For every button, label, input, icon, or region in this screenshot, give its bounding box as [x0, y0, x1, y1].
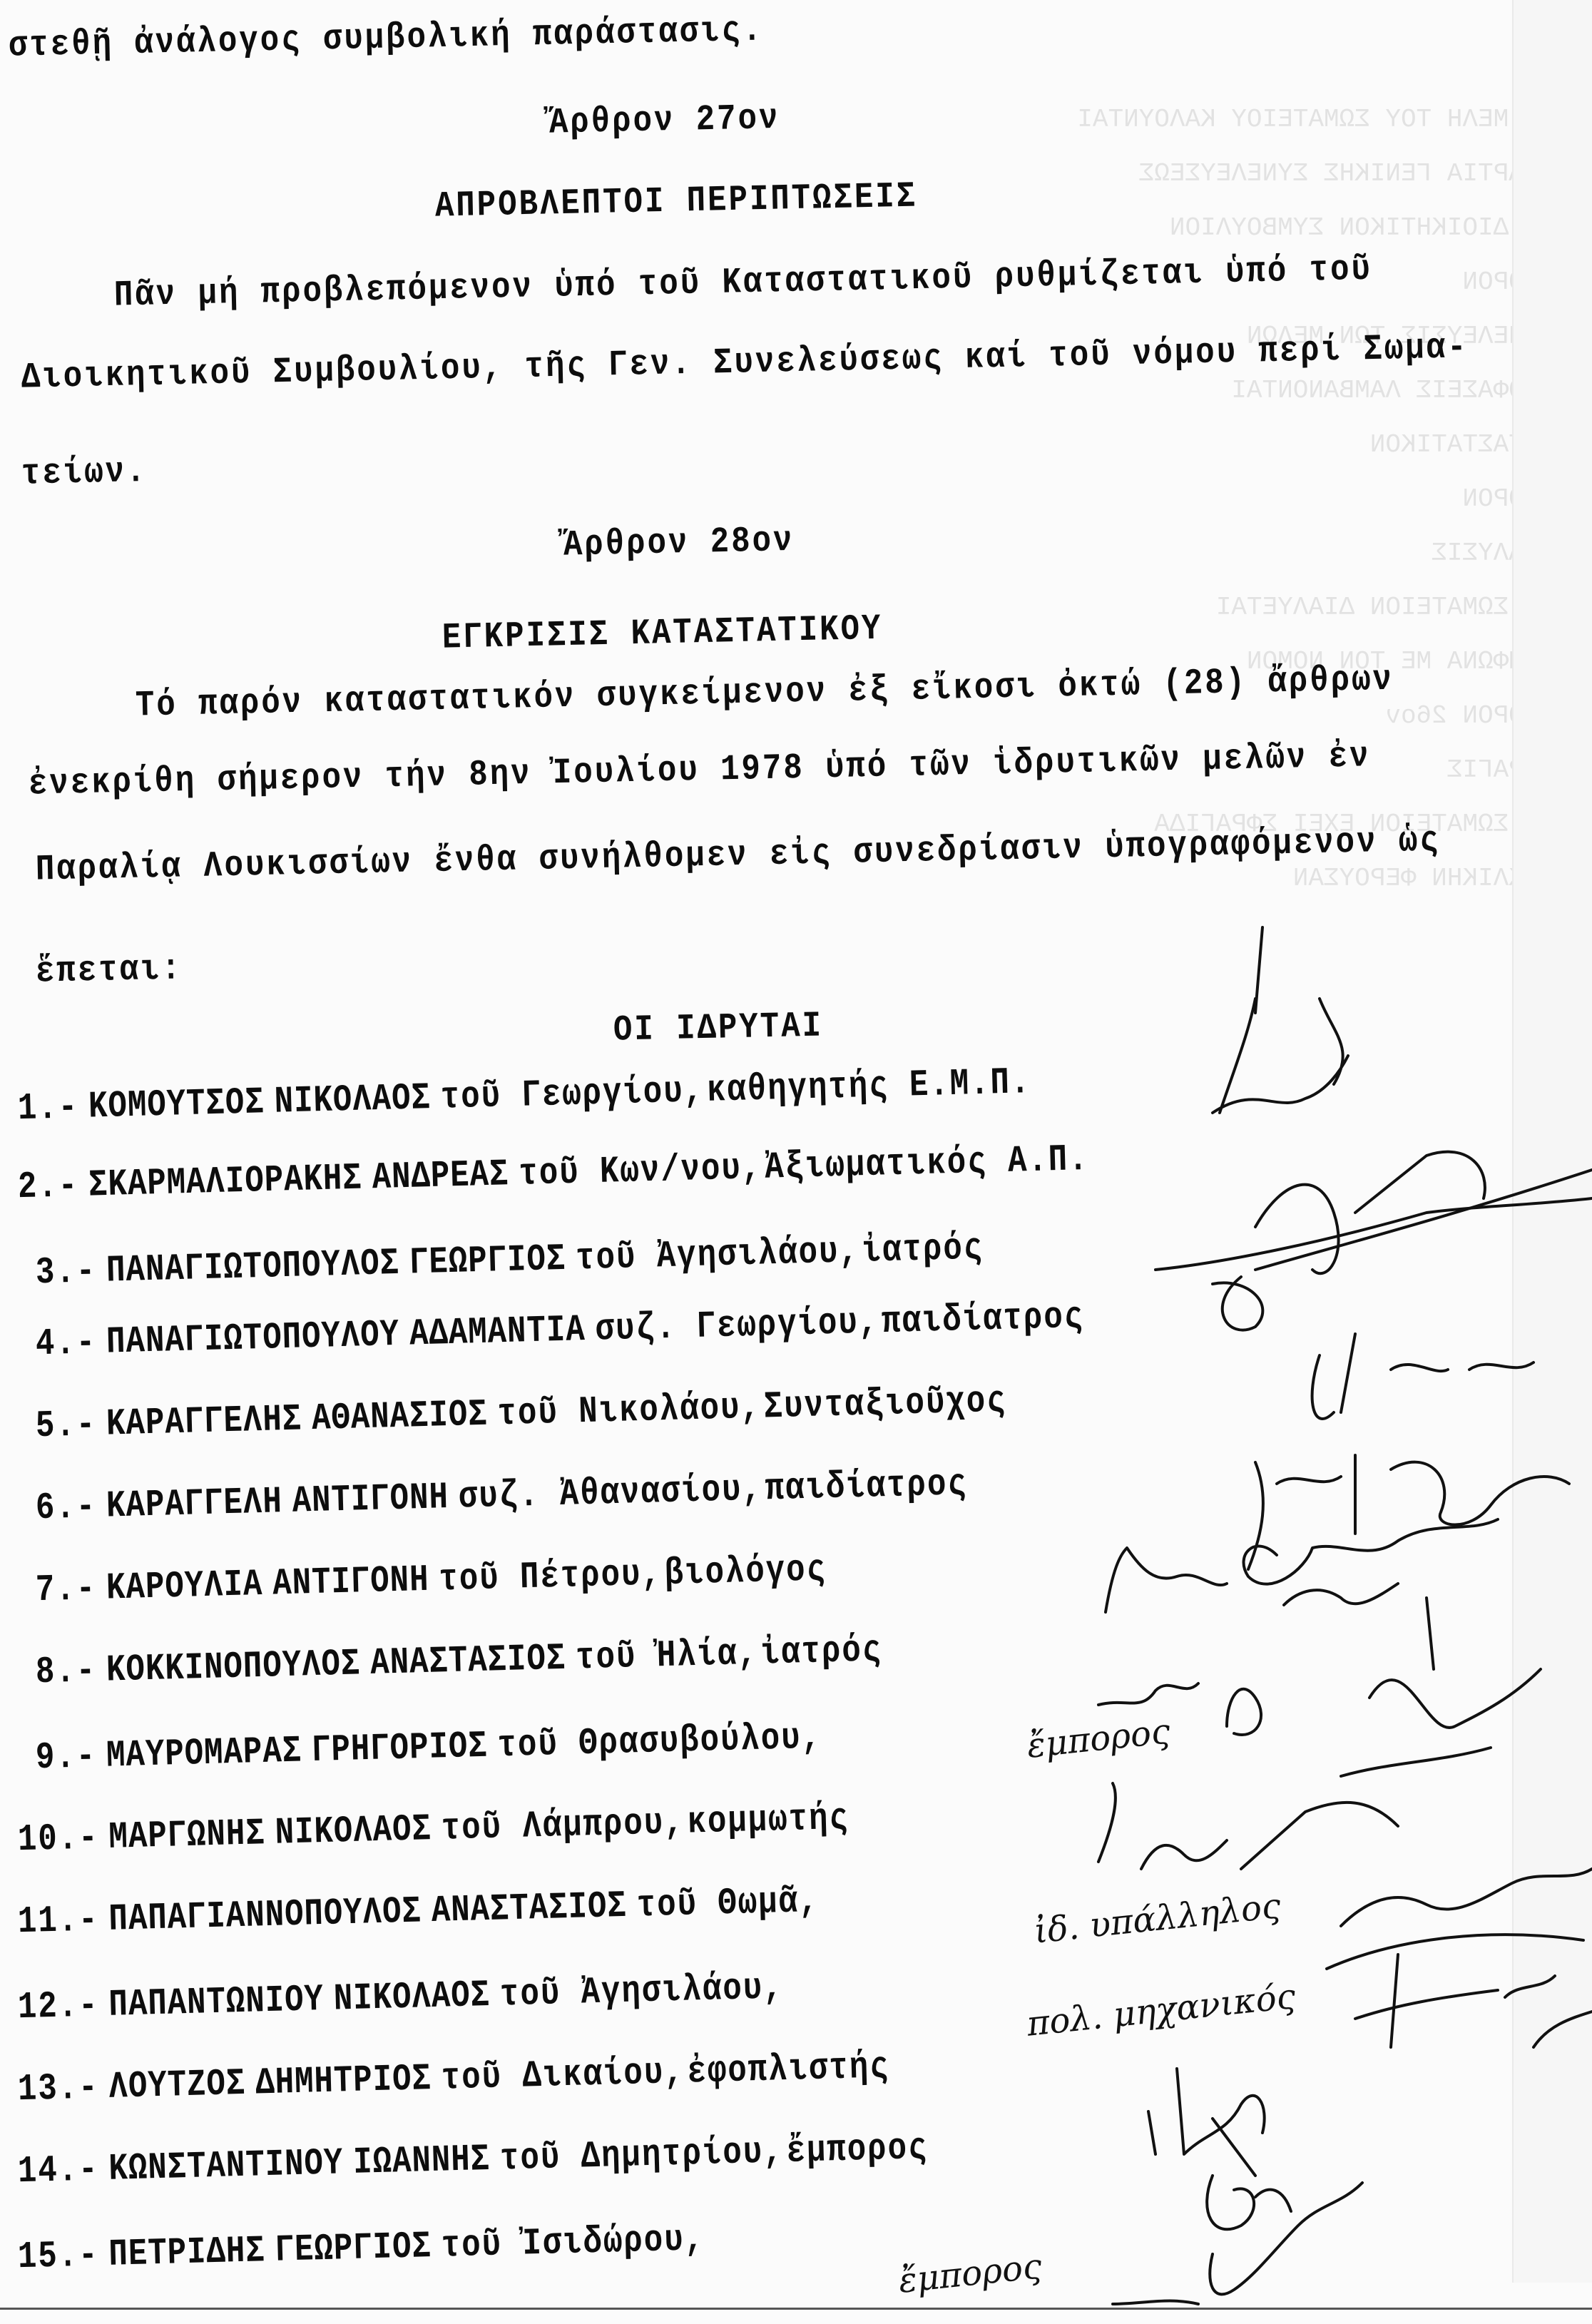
founder-row: 12.-ΠΑΠΑΝΤΩΝΙΟΥΝΙΚΟΛΑΟΣτοῦ Ἀγησιλάου,: [17, 1967, 787, 2029]
founder-number: 15.-: [17, 2234, 99, 2279]
founder-number: 13.-: [17, 2066, 99, 2111]
founder-surname: ΠΑΝΑΓΙΩΤΟΠΟΥΛΟΥ: [106, 1314, 400, 1365]
founder-given-name: ΑΔΑΜΑΝΤΙΑ: [409, 1309, 586, 1356]
founder-number: 5.-: [35, 1404, 97, 1448]
founder-patronymic: συζ. Ἀθανασίου,: [458, 1468, 763, 1519]
founder-row: 7.-ΚΑΡΟΥΛΙΑΑΝΤΙΓΟΝΗτοῦ Πέτρου,βιολόγος: [35, 1549, 827, 1612]
founder-patronymic: τοῦ Ἀγησιλάου,: [575, 1230, 859, 1280]
founder-number: 11.-: [17, 1899, 99, 1944]
founder-number: 8.-: [35, 1650, 97, 1694]
founder-patronymic: τοῦ Λάμπρου,: [441, 1802, 685, 1851]
founder-patronymic: τοῦ Νικολάου,: [497, 1386, 762, 1436]
founder-surname: ΣΚΑΡΜΑΛΙΟΡΑΚΗΣ: [88, 1157, 362, 1207]
founder-number: 1.-: [17, 1086, 79, 1131]
founder-given-name: ΑΝΔΡΕΑΣ: [372, 1153, 509, 1200]
founder-given-name: ΝΙΚΟΛΑΟΣ: [275, 1808, 432, 1855]
founder-occupation: κομμωτής: [687, 1797, 850, 1844]
founder-patronymic: τοῦ Πέτρου,: [439, 1553, 663, 1601]
founder-occupation: ἰατρός: [760, 1629, 883, 1675]
article-27-number: Ἄρθρον 27ον: [548, 98, 780, 143]
founder-given-name: ΑΝΑΣΤΑΣΙΟΣ: [370, 1638, 567, 1686]
article-27-body-line-2: Διοικητικοῦ Συμβουλίου, τῆς Γεν. Συνελεύ…: [21, 327, 1469, 399]
handwritten-occupation-15: ἔμπορος: [897, 2246, 1044, 2301]
handwritten-occupation-9: ἔμπορος: [1025, 1711, 1172, 1766]
founder-patronymic: συζ. Γεωργίου,: [595, 1301, 879, 1351]
founder-occupation: [824, 1716, 825, 1759]
founder-surname: ΚΟΜΟΥΤΣΟΣ: [88, 1081, 265, 1128]
founder-given-name: ΝΙΚΟΛΑΟΣ: [274, 1077, 432, 1124]
founder-occupation: Ἀξιωματικός Α.Π.: [764, 1138, 1089, 1190]
founder-occupation: Συνταξιοῦχος: [763, 1380, 1007, 1429]
founder-surname: ΠΑΠΑΓΙΑΝΝΟΠΟΥΛΟΣ: [108, 1890, 422, 1941]
article-28-body-line-4: ἕπεται:: [35, 949, 183, 993]
founder-occupation: παιδίατρος: [765, 1463, 969, 1511]
founder-occupation: ἰατρός: [862, 1227, 984, 1273]
signature-15: [1113, 2183, 1362, 2304]
founder-patronymic: τοῦ Δημητρίου,: [499, 2131, 784, 2181]
founder-row: 6.-ΚΑΡΑΓΓΕΛΗΑΝΤΙΓΟΝΗσυζ. Ἀθανασίου,παιδί…: [35, 1463, 968, 1530]
founder-patronymic: τοῦ Δικαίου,: [441, 2052, 685, 2101]
founder-surname: ΚΩΝΣΤΑΝΤΙΝΟΥ: [108, 2142, 344, 2191]
signature-6: [1244, 1519, 1498, 1584]
founder-given-name: ΓΕΩΡΓΙΟΣ: [275, 2226, 432, 2273]
founder-patronymic: τοῦ Θωμᾶ,: [636, 1880, 820, 1928]
founder-number: 9.-: [35, 1736, 97, 1780]
founder-occupation: [707, 2218, 708, 2261]
founder-row: 2.-ΣΚΑΡΜΑΛΙΟΡΑΚΗΣΑΝΔΡΕΑΣτοῦ Κων/νου,Ἀξιω…: [17, 1138, 1089, 1209]
intro-line: στεθῇ ἀνάλογος συμβολική παράστασις.: [8, 10, 764, 67]
founder-row: 5.-ΚΑΡΑΓΓΕΛΗΣΑΘΑΝΑΣΙΟΣτοῦ Νικολάου,Συντα…: [35, 1380, 1007, 1448]
founder-surname: ΚΟΚΚΙΝΟΠΟΥΛΟΣ: [106, 1643, 361, 1692]
founder-occupation: βιολόγος: [664, 1549, 827, 1596]
founder-given-name: ΑΝΑΣΤΑΣΙΟΣ: [431, 1885, 628, 1933]
article-27-body-line-1: Πᾶν μή προβλεπόμενον ὑπό τοῦ Καταστατικο…: [113, 249, 1372, 316]
founder-surname: ΜΑΡΓΩΝΗΣ: [108, 1813, 266, 1860]
signature-10: [1098, 1783, 1398, 1869]
founder-number: 14.-: [17, 2149, 99, 2193]
founder-patronymic: τοῦ Κων/νου,: [519, 1147, 762, 1196]
founder-number: 6.-: [35, 1486, 97, 1530]
founder-surname: ΠΕΤΡΙΔΗΣ: [108, 2230, 266, 2277]
founder-given-name: ΑΝΤΙΓΟΝΗ: [272, 1559, 430, 1606]
founder-occupation: παιδίατρος: [881, 1296, 1085, 1344]
founder-patronymic: τοῦ Ἀγησιλάου,: [499, 1967, 784, 2017]
founder-row: 14.-ΚΩΝΣΤΑΝΤΙΝΟΥΙΩΑΝΝΗΣτοῦ Δημητρίου,ἔμπ…: [17, 2127, 929, 2193]
founder-number: 2.-: [17, 1165, 79, 1209]
founder-number: 12.-: [17, 1984, 99, 2029]
handwritten-occupation-11: ἰδ. υπάλληλος: [1032, 1886, 1282, 1952]
document-page: ΤΑ ΜΕΛΗ ΤΟΥ ΣΩΜΑΤΕΙΟΥ ΚΑΛΟΥΝΤΑΙ ΑΠΑΡΤΙΑ …: [0, 0, 1592, 2324]
founder-row: 4.-ΠΑΝΑΓΙΩΤΟΠΟΥΛΟΥΑΔΑΜΑΝΤΙΑσυζ. Γεωργίου…: [35, 1296, 1085, 1366]
founder-row: 11.-ΠΑΠΑΓΙΑΝΝΟΠΟΥΛΟΣΑΝΑΣΤΑΣΙΟΣτοῦ Θωμᾶ,: [17, 1880, 822, 1944]
founder-occupation: ἔμπορος: [786, 2127, 929, 2173]
article-27-title: ΑΠΡΟΒΛΕΠΤΟΙ ΠΕΡΙΠΤΩΣΕΙΣ: [434, 176, 917, 228]
signature-1: [1213, 927, 1348, 1113]
founder-given-name: ΑΘΑΝΑΣΙΟΣ: [311, 1393, 488, 1440]
founder-surname: ΚΑΡΑΓΓΕΛΗΣ: [106, 1398, 302, 1446]
signature-7: [1106, 1548, 1434, 1669]
founder-given-name: ΝΙΚΟΛΑΟΣ: [333, 1974, 491, 2022]
founder-row: 1.-ΚΟΜΟΥΤΣΟΣΝΙΚΟΛΑΟΣτοῦ Γεωργίου,καθηγητ…: [17, 1061, 1031, 1131]
founder-row: 13.-ΛΟΥΤΖΟΣΔΗΜΗΤΡΙΟΣτοῦ Δικαίου,ἐφοπλιστ…: [17, 2046, 890, 2111]
article-28-title: ΕΓΚΡΙΣΙΣ ΚΑΤΑΣΤΑΤΙΚΟΥ: [442, 608, 883, 658]
founder-given-name: ΔΗΜΗΤΡΙΟΣ: [255, 2058, 432, 2105]
founder-surname: ΠΑΝΑΓΙΩΤΟΠΟΥΛΟΣ: [106, 1243, 400, 1293]
founder-given-name: ΙΩΑΝΝΗΣ: [353, 2139, 491, 2185]
article-28-number: Ἄρθρον 28ον: [563, 520, 795, 566]
signature-14: [1207, 2176, 1291, 2229]
founder-surname: ΚΑΡΑΓΓΕΛΗ: [106, 1481, 282, 1528]
founder-patronymic: τοῦ Θρασυβούλου,: [497, 1716, 822, 1768]
article-28-body-line-2: ἐνεκρίθη σήμερον τήν 8ην Ἰουλίου 1978 ὑπ…: [28, 736, 1371, 805]
founder-row: 15.-ΠΕΤΡΙΔΗΣΓΕΩΡΓΙΟΣτοῦ Ἰσιδώρου,: [17, 2218, 708, 2279]
page-bottom-edge: [0, 2308, 1592, 2310]
founder-number: 7.-: [35, 1568, 97, 1612]
signature-4: [1312, 1334, 1534, 1419]
handwritten-occupation-12: πολ. μηχανικός: [1025, 1977, 1297, 2044]
founder-surname: ΚΑΡΟΥΛΙΑ: [106, 1564, 263, 1611]
founder-occupation: [786, 1967, 787, 2009]
founder-occupation: [822, 1880, 823, 1922]
founder-given-name: ΓΕΩΡΓΙΟΣ: [409, 1238, 566, 1285]
signature-13: [1148, 2069, 1265, 2176]
founder-number: 3.-: [35, 1250, 97, 1295]
founder-patronymic: τοῦ Ἠλία,: [575, 1632, 758, 1680]
founder-row: 8.-ΚΟΚΚΙΝΟΠΟΥΛΟΣΑΝΑΣΤΑΣΙΟΣτοῦ Ἠλία,ἰατρό…: [35, 1629, 883, 1694]
founder-surname: ΜΑΥΡΟΜΑΡΑΣ: [106, 1730, 302, 1778]
article-28-body-line-3: Παραλίᾳ Λουκισσίων ἔνθα συνήλθομεν εἰς σ…: [35, 820, 1441, 891]
founder-occupation: ἐφοπλιστής: [687, 2046, 891, 2094]
founder-given-name: ΓΡΗΓΟΡΙΟΣ: [311, 1725, 488, 1772]
article-27-body-line-3: τείων.: [21, 452, 148, 495]
founder-surname: ΠΑΠΑΝΤΩΝΙΟΥ: [108, 1979, 325, 2027]
founder-patronymic: τοῦ Γεωργίου,: [440, 1070, 705, 1120]
founder-patronymic: τοῦ Ἰσιδώρου,: [441, 2218, 705, 2268]
founder-row: 9.-ΜΑΥΡΟΜΑΡΑΣΓΡΗΓΟΡΙΟΣτοῦ Θρασυβούλου,: [35, 1716, 825, 1780]
founder-number: 4.-: [35, 1322, 97, 1366]
page-edge-strip: [1512, 0, 1592, 2283]
founder-row: 3.-ΠΑΝΑΓΙΩΤΟΠΟΥΛΟΣΓΕΩΡΓΙΟΣτοῦ Ἀγησιλάου,…: [35, 1227, 984, 1295]
founder-given-name: ΑΝΤΙΓΟΝΗ: [292, 1477, 449, 1524]
founder-row: 10.-ΜΑΡΓΩΝΗΣΝΙΚΟΛΑΟΣτοῦ Λάμπρου,κομμωτής: [17, 1797, 849, 1862]
founder-number: 10.-: [17, 1817, 99, 1862]
founder-surname: ΛΟΥΤΖΟΣ: [108, 2063, 246, 2109]
article-28-body-line-1: Τό παρόν καταστατικόν συγκείμενον ἐξ εἴκ…: [135, 659, 1394, 726]
founders-heading: ΟΙ ΙΔΡΥΤΑΙ: [613, 1006, 823, 1051]
founder-occupation: καθηγητής Ε.Μ.Π.: [706, 1061, 1031, 1113]
